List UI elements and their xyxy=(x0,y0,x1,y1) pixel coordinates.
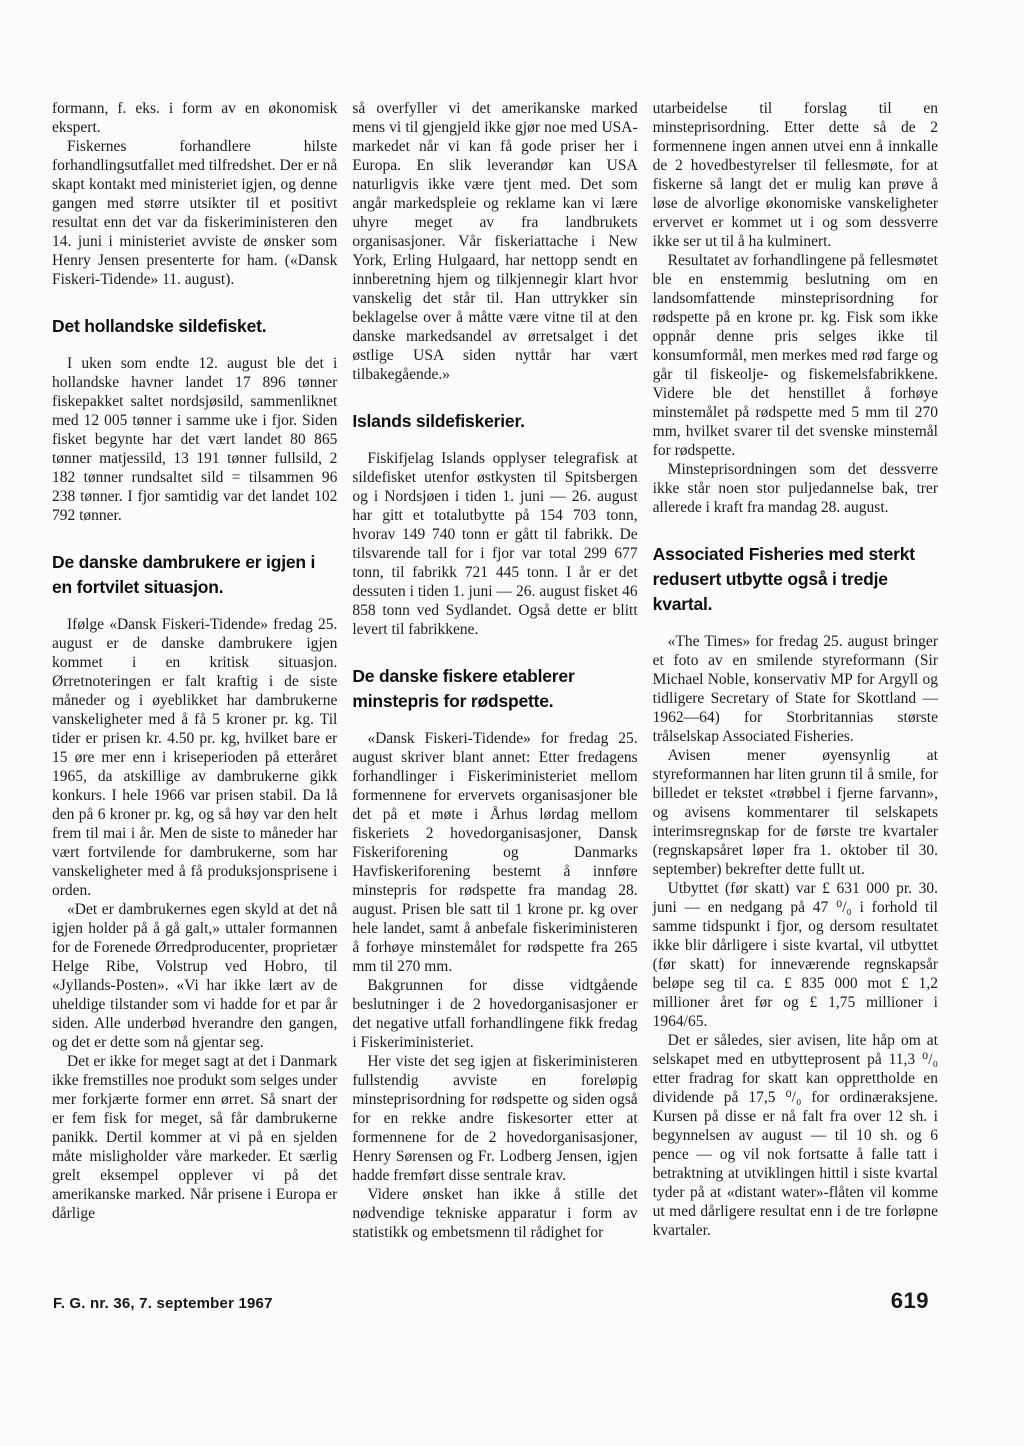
paragraph: Ifølge «Dansk Fiskeri-Tidende» fredag 25… xyxy=(52,615,337,900)
paragraph: «Dansk Fiskeri-Tidende» for fredag 25. a… xyxy=(352,729,637,976)
column-1: formann, f. eks. i form av en økonomisk … xyxy=(52,99,337,1242)
paragraph: Det er ikke for meget sagt at det i Danm… xyxy=(52,1052,337,1223)
paragraph: Det er således, sier avisen, lite håp om… xyxy=(653,1031,938,1240)
paragraph: Utbyttet (før skatt) var £ 631 000 pr. 3… xyxy=(653,879,938,1031)
page-footer: F. G. nr. 36, 7. september 1967 619 xyxy=(53,1288,929,1314)
page-number: 619 xyxy=(891,1288,929,1314)
heading-danske-dambrukere: De danske dambrukere er igjen i en fortv… xyxy=(52,550,337,600)
paragraph: Minsteprisordningen som det dessverre ik… xyxy=(653,460,938,517)
heading-minstepris-rodspette: De danske fiskere etablerer minstepris f… xyxy=(352,664,637,714)
paragraph: Fiskifjelag Islands opplyser telegrafisk… xyxy=(352,449,637,639)
article-columns: formann, f. eks. i form av en økonomisk … xyxy=(52,99,938,1242)
paragraph: formann, f. eks. i form av en økonomisk … xyxy=(52,99,337,137)
paragraph: «Det er dambrukernes egen skyld at det n… xyxy=(52,900,337,1052)
paragraph: I uken som endte 12. august ble det i ho… xyxy=(52,354,337,525)
column-3: utarbeidelse til forslag til en minstepr… xyxy=(653,99,938,1242)
heading-associated-fisheries: Associated Fisheries med sterkt redusert… xyxy=(653,542,938,617)
paragraph: så overfyller vi det amerikanske marked … xyxy=(352,99,637,384)
column-2: så overfyller vi det amerikanske marked … xyxy=(352,99,637,1242)
paragraph: «The Times» for fredag 25. august bringe… xyxy=(653,632,938,746)
paragraph: Fiskernes forhandlere hilste forhandling… xyxy=(52,137,337,289)
journal-page: formann, f. eks. i form av en økonomisk … xyxy=(0,0,1024,1446)
paragraph: Her viste det seg igjen at fiskeriminist… xyxy=(352,1052,637,1185)
issue-info: F. G. nr. 36, 7. september 1967 xyxy=(53,1295,273,1312)
heading-islands-sildefiskerier: Islands sildefiskerier. xyxy=(352,409,637,434)
paragraph: utarbeidelse til forslag til en minstepr… xyxy=(653,99,938,251)
heading-det-hollandske-sildefisket: Det hollandske sildefisket. xyxy=(52,314,337,339)
paragraph: Resultatet av forhandlingene på fellesmø… xyxy=(653,251,938,460)
paragraph: Videre ønsket han ikke å stille det nødv… xyxy=(352,1185,637,1242)
paragraph: Bakgrunnen for disse vidtgående beslutni… xyxy=(352,976,637,1052)
paragraph: Avisen mener øyensynlig at styreformanne… xyxy=(653,746,938,879)
